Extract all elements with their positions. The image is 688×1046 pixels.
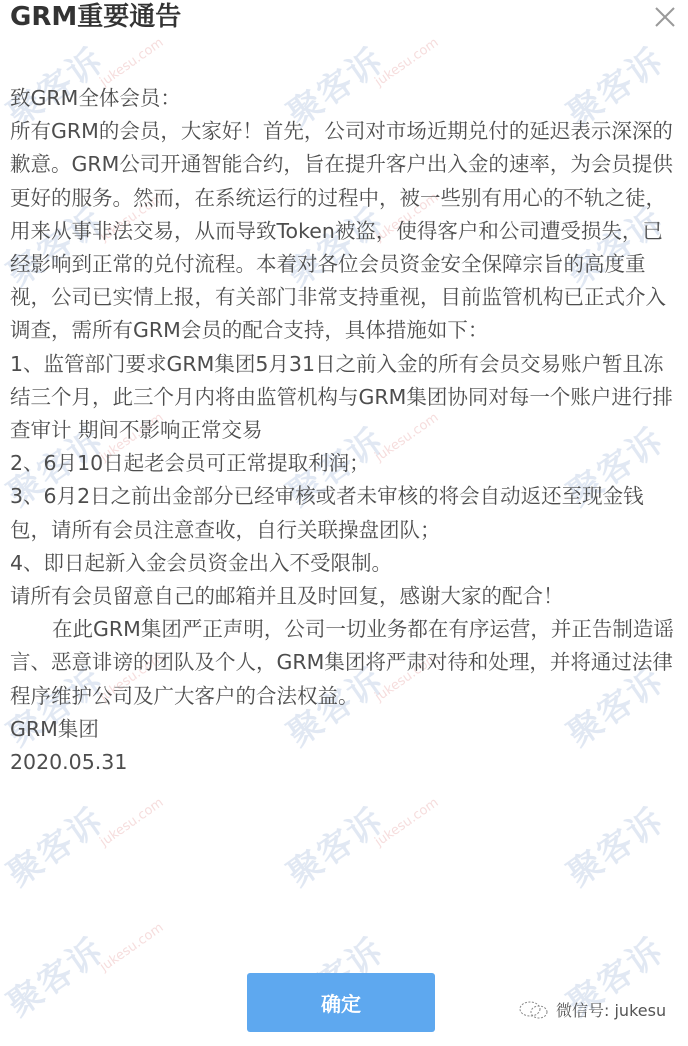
notice-greeting: 致GRM全体会员： bbox=[10, 82, 680, 115]
close-icon bbox=[650, 2, 680, 32]
notice-dialog: GRM重要通告 致GRM全体会员： 所有GRM的会员，大家好！首先，公司对市场近… bbox=[0, 0, 688, 1046]
wechat-watermark: 微信号: jukesu bbox=[518, 998, 666, 1021]
dialog-title: GRM重要通告 bbox=[10, 0, 181, 34]
notice-date: 2020.05.31 bbox=[10, 746, 680, 779]
notice-content: 致GRM全体会员： 所有GRM的会员，大家好！首先，公司对市场近期兑付的延迟表示… bbox=[10, 82, 680, 779]
measure-item: 3、6月2日之前出金部分已经审核或者未审核的将会自动返还至现金钱包，请所有会员注… bbox=[10, 480, 680, 546]
notice-signature: GRM集团 bbox=[10, 713, 680, 746]
measure-item: 1、监管部门要求GRM集团5月31日之前入金的所有会员交易账户暂且冻结三个月，此… bbox=[10, 348, 680, 448]
wechat-label: 微信号: jukesu bbox=[556, 998, 666, 1021]
wechat-icon bbox=[518, 999, 550, 1021]
notice-reminder: 请所有会员留意自己的邮箱并且及时回复，感谢大家的配合！ bbox=[10, 580, 680, 613]
confirm-button[interactable]: 确定 bbox=[247, 973, 435, 1032]
measure-item: 2、6月10日起老会员可正常提取利润； bbox=[10, 447, 680, 480]
notice-paragraph: 所有GRM的会员，大家好！首先，公司对市场近期兑付的延迟表示深深的歉意。GRM公… bbox=[10, 115, 680, 347]
close-button[interactable] bbox=[650, 2, 680, 32]
notice-statement: 在此GRM集团严正声明，公司一切业务都在有序运营，并正告制造谣言、恶意诽谤的团队… bbox=[10, 613, 680, 713]
measure-item: 4、即日起新入金会员资金出入不受限制。 bbox=[10, 547, 680, 580]
